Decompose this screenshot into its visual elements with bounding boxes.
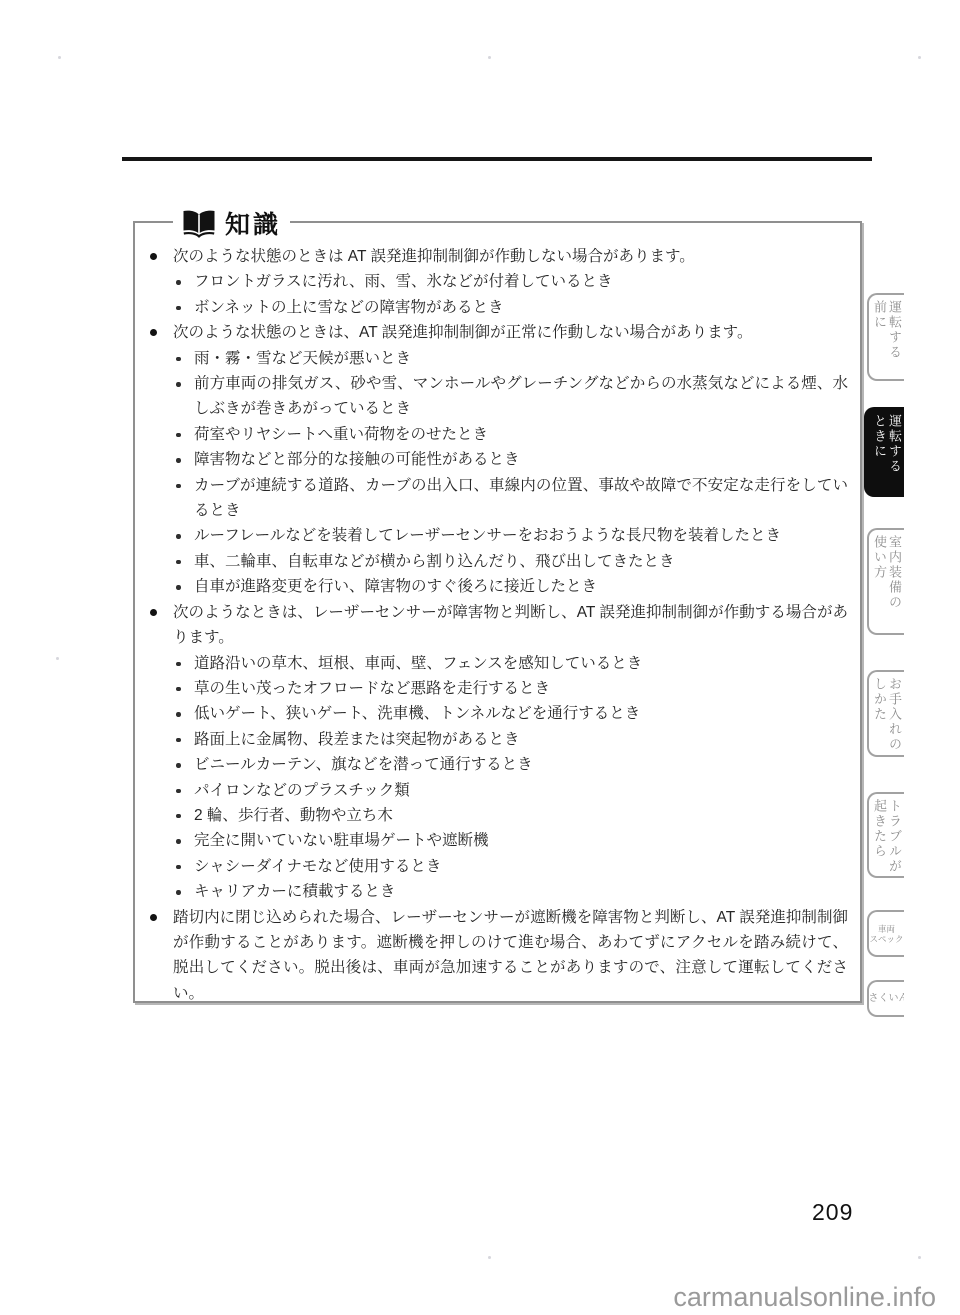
knowledge-subitem: カーブが連続する道路、カーブの出入口、車線内の位置、事故や故障で不安定な走行をし… [135, 473, 848, 524]
sub-bullet-icon [176, 534, 181, 539]
registration-dot [918, 56, 921, 59]
tab-before-driving: 運転する前に [867, 293, 904, 381]
sub-bullet-icon [176, 662, 181, 667]
knowledge-subitem-text: 雨・霧・雪など天候が悪いとき [194, 350, 411, 367]
sub-bullet-icon [176, 738, 181, 743]
knowledge-subitem: 完全に開いていない駐車場ゲートや遮断機 [135, 828, 848, 853]
bullet-icon [150, 914, 157, 921]
knowledge-item: 次のような状態のときは AT 誤発進抑制制御が作動しない場合があります。 [135, 244, 848, 269]
tab-vehicle-spec: 車両スペック [867, 910, 904, 957]
tab-label: トラブルが [887, 799, 902, 876]
tab-label: しかた [872, 677, 887, 755]
registration-dot [488, 56, 491, 59]
knowledge-subitem-text: 荷室やリヤシートへ重い荷物をのせたとき [194, 426, 488, 443]
knowledge-subitem-text: 前方車両の排気ガス、砂や雪、マンホールやグレーチングなどからの水蒸気などによる煙… [194, 375, 848, 417]
knowledge-subitem-text: 草の生い茂ったオフロードなど悪路を走行するとき [194, 680, 550, 697]
knowledge-item: 踏切内に閉じ込められた場合、レーザーセンサーが遮断機を障害物と判断し、AT 誤発… [135, 905, 848, 1007]
bullet-icon [150, 329, 157, 336]
tab-trouble: トラブルが起きたら [867, 792, 904, 878]
tab-label: 車両 [878, 924, 895, 934]
knowledge-subitem-text: ルーフレールなどを装着してレーザーセンサーをおおうような長尺物を装着したとき [194, 527, 781, 544]
sub-bullet-icon [176, 763, 181, 768]
knowledge-subitem-text: 路面上に金属物、段差または突起物があるとき [194, 731, 520, 748]
sub-bullet-icon [176, 865, 181, 870]
knowledge-subitem-text: パイロンなどのプラスチック類 [194, 782, 410, 799]
knowledge-subitem-text: キャリアカーに積載するとき [194, 883, 395, 900]
knowledge-subitem: 草の生い茂ったオフロードなど悪路を走行するとき [135, 676, 848, 701]
knowledge-subitem-text: 完全に開いていない駐車場ゲートや遮断機 [194, 832, 489, 849]
manual-page: 知識 次のような状態のときは AT 誤発進抑制制御が作動しない場合があります。フ… [0, 0, 960, 1315]
knowledge-item-text: 次のような状態のときは、AT 誤発進抑制制御が正常に作動しない場合があります。 [173, 324, 752, 341]
knowledge-subitem-text: シャシーダイナモなど使用するとき [194, 858, 441, 875]
knowledge-subitem-text: 障害物などと部分的な接触の可能性があるとき [194, 451, 520, 468]
knowledge-subitem: 車、二輪車、自転車などが横から割り込んだり、飛び出してきたとき [135, 549, 848, 574]
knowledge-subitem: 障害物などと部分的な接触の可能性があるとき [135, 447, 848, 472]
tab-label: スペック [869, 934, 903, 944]
knowledge-subitem: 低いゲート、狭いゲート、洗車機、トンネルなどを通行するとき [135, 701, 848, 726]
knowledge-subitem-text: ビニールカーテン、旗などを潜って通行するとき [194, 756, 533, 773]
open-book-icon [182, 209, 216, 238]
knowledge-subitem: シャシーダイナモなど使用するとき [135, 854, 848, 879]
knowledge-subitem-text: 自車が進路変更を行い、障害物のすぐ後ろに接近したとき [194, 578, 597, 595]
tab-when-driving: 運転するときに [864, 407, 904, 497]
knowledge-subitem: 自車が進路変更を行い、障害物のすぐ後ろに接近したとき [135, 574, 848, 599]
watermark: carmanualsonline.info [673, 1282, 936, 1313]
tab-index: さくいん [867, 980, 904, 1017]
knowledge-subitem: 2 輪、歩行者、動物や立ち木 [135, 803, 848, 828]
tab-label: 起きたら [872, 799, 887, 876]
tab-label: 室内装備の [887, 535, 902, 633]
knowledge-subitem: 荷室やリヤシートへ重い荷物をのせたとき [135, 422, 848, 447]
sub-bullet-icon [176, 585, 181, 590]
sub-bullet-icon [176, 789, 181, 794]
tab-interior-equipment: 室内装備の使い方 [867, 528, 904, 635]
tab-label: ときに [872, 414, 887, 495]
sub-bullet-icon [176, 306, 181, 311]
knowledge-item: 次のようなときは、レーザーセンサーが障害物と判断し、AT 誤発進抑制制御が作動す… [135, 600, 848, 651]
knowledge-subitem: ルーフレールなどを装着してレーザーセンサーをおおうような長尺物を装着したとき [135, 523, 848, 548]
knowledge-subitem-text: 低いゲート、狭いゲート、洗車機、トンネルなどを通行するとき [194, 705, 640, 722]
knowledge-subitem-text: フロントガラスに汚れ、雨、雪、氷などが付着しているとき [194, 273, 613, 290]
knowledge-subitem: 雨・霧・雪など天候が悪いとき [135, 346, 848, 371]
tab-label: 使い方 [872, 535, 887, 633]
knowledge-item-text: 次のような状態のときは AT 誤発進抑制制御が作動しない場合があります。 [173, 248, 695, 265]
tab-label: 前に [872, 300, 887, 379]
knowledge-subitem: 前方車両の排気ガス、砂や雪、マンホールやグレーチングなどからの水蒸気などによる煙… [135, 371, 848, 422]
knowledge-list: 次のような状態のときは AT 誤発進抑制制御が作動しない場合があります。フロント… [135, 244, 848, 1006]
sub-bullet-icon [176, 433, 181, 438]
sub-bullet-icon [176, 839, 181, 844]
sub-bullet-icon [176, 687, 181, 692]
tab-label: さくいん [869, 994, 905, 1004]
sub-bullet-icon [176, 382, 181, 387]
sub-bullet-icon [176, 280, 181, 285]
registration-dot [56, 657, 59, 660]
knowledge-subitem-text: ボンネットの上に雪などの障害物があるとき [194, 299, 504, 316]
tab-label: お手入れの [887, 677, 902, 755]
sub-bullet-icon [176, 712, 181, 717]
page-number: 209 [812, 1199, 853, 1226]
registration-dot [918, 1256, 921, 1259]
knowledge-subitem-text: 道路沿いの草木、垣根、車両、壁、フェンスを感知しているとき [194, 655, 642, 672]
knowledge-subitem: キャリアカーに積載するとき [135, 879, 848, 904]
knowledge-subitem: 道路沿いの草木、垣根、車両、壁、フェンスを感知しているとき [135, 651, 848, 676]
knowledge-subitem: ビニールカーテン、旗などを潜って通行するとき [135, 752, 848, 777]
knowledge-subitem: 路面上に金属物、段差または突起物があるとき [135, 727, 848, 752]
sub-bullet-icon [176, 814, 181, 819]
section-divider-rule [122, 157, 872, 161]
tab-label: 運転する [887, 300, 902, 379]
bullet-icon [150, 609, 157, 616]
knowledge-box: 知識 次のような状態のときは AT 誤発進抑制制御が作動しない場合があります。フ… [133, 221, 862, 1003]
sub-bullet-icon [176, 890, 181, 895]
tab-label: 運転する [887, 414, 902, 495]
knowledge-subitem: ボンネットの上に雪などの障害物があるとき [135, 295, 848, 320]
knowledge-subitem: パイロンなどのプラスチック類 [135, 778, 848, 803]
knowledge-title-label: 知識 [225, 205, 281, 241]
sub-bullet-icon [176, 484, 181, 489]
bullet-icon [150, 253, 157, 260]
knowledge-item-text: 次のようなときは、レーザーセンサーが障害物と判断し、AT 誤発進抑制制御が作動す… [173, 604, 848, 646]
sub-bullet-icon [176, 560, 181, 565]
tab-maintenance: お手入れのしかた [867, 670, 904, 757]
knowledge-subitem-text: カーブが連続する道路、カーブの出入口、車線内の位置、事故や故障で不安定な走行をし… [194, 477, 848, 519]
knowledge-item: 次のような状態のときは、AT 誤発進抑制制御が正常に作動しない場合があります。 [135, 320, 848, 345]
sub-bullet-icon [176, 458, 181, 463]
knowledge-subitem-text: 車、二輪車、自転車などが横から割り込んだり、飛び出してきたとき [194, 553, 675, 570]
knowledge-box-title: 知識 [173, 205, 290, 241]
knowledge-subitem: フロントガラスに汚れ、雨、雪、氷などが付着しているとき [135, 269, 848, 294]
registration-dot [58, 56, 61, 59]
knowledge-item-text: 踏切内に閉じ込められた場合、レーザーセンサーが遮断機を障害物と判断し、AT 誤発… [173, 909, 848, 1002]
knowledge-subitem-text: 2 輪、歩行者、動物や立ち木 [194, 807, 393, 824]
registration-dot [488, 1256, 491, 1259]
sub-bullet-icon [176, 357, 181, 362]
